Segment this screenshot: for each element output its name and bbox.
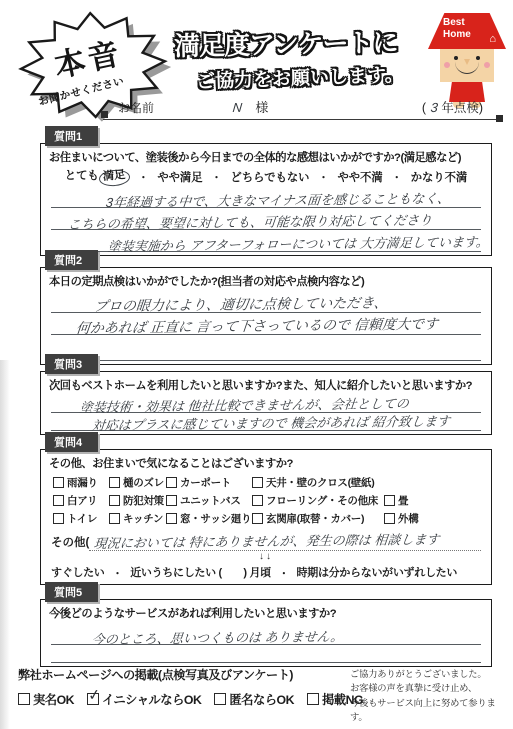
question-4-section: 質問4 その他、お住まいで気になることはございますか? 雨漏り 樋のズレ カーポ… [40,432,492,585]
checkbox-security[interactable]: 防犯対策 [109,493,166,508]
eye-icon [454,56,458,60]
inspection-year-value[interactable]: 3 [430,100,439,115]
house-icon: ⌂ [489,33,496,45]
option-neutral[interactable]: どちらでもない [231,169,310,185]
checkbox-icon[interactable] [109,513,120,524]
checkbox-icon[interactable] [53,477,64,488]
question-5-section: 質問5 今後どのようなサービスがあれば利用したいと思いますか? 今のところ、思い… [40,582,492,667]
checkbox-flooring[interactable]: フローリング・その他床 [252,493,384,508]
checkbox-icon[interactable] [109,495,120,506]
name-value[interactable]: N [232,100,243,115]
thanks-line: 今後もサービス向上に努めて参ります。 [350,696,500,725]
title-line-2: ご協力をお願いします。 [196,59,425,94]
answer-line[interactable]: 塗装実施から アフターフォローについては 大方満足しています。 [51,230,481,252]
publication-options: ✓ 実名OK ✓ イニシャルならOK ✓ 匿名ならOK ✓ 掲載NG [18,690,350,708]
question-5-box: 今後どのようなサービスがあれば利用したいと思いますか? 今のところ、思いつくもの… [40,599,492,667]
answer-line[interactable]: こちらの希望、要望に対しても、可能な限り対応してくださり [51,208,481,230]
honorific-label: 様 [255,97,268,116]
answer-line[interactable]: 3年経過する中で、大きなマイナス面を感じることもなく、 [51,186,481,208]
checkbox-unit-bath[interactable]: ユニットバス [166,493,252,508]
eye-icon [476,56,480,60]
timing-options: すぐしたい ・ 近いうちにしたい ( ) 月頃 ・ 時期は分からないがいずれした… [49,563,483,581]
publication-consent-title: 弊社ホームページへの掲載(点検写真及びアンケート) [18,666,350,683]
option-separator: ・ [392,169,402,184]
cheek-icon [444,62,450,68]
checkbox-row-3: トイレ キッチン 窓・サッシ廻り 玄関扉(取替・カバー) 外構 [49,509,483,527]
checkbox-icon[interactable]: ✓ [307,693,319,705]
checkbox-window-sash[interactable]: 窓・サッシ廻り [166,511,252,526]
checkbox-icon[interactable]: ✓ [87,693,99,705]
other-label: その他( [51,534,89,551]
answer-line[interactable]: 対応はプラスに感じていますので 機会があれば 紹介致します [51,413,481,431]
checkbox-exterior[interactable]: 外構 [384,511,483,526]
checkbox-icon[interactable] [384,513,395,524]
checkbox-icon[interactable] [53,495,64,506]
question-4-tab: 質問4 [45,432,98,452]
option-somewhat-dissatisfied[interactable]: やや不満 [337,169,382,185]
answer-line[interactable]: プロの眼力により、適切に点検していただき、 [51,291,481,313]
name-label: お名前 [118,99,154,116]
thanks-line: お客様の声を真摯に受け止め、 [350,681,500,695]
checkbox-anonymous-ok[interactable]: ✓ 匿名ならOK [214,690,294,708]
option-separator: ・ [318,169,328,184]
handwritten-answer: 現況においては 特にありませんが、発生の際は 相談します [93,529,440,552]
checkbox-row-2: 白アリ 防犯対策 ユニットバス フローリング・その他床 畳 [49,491,483,509]
thanks-message: ご協力ありがとうございました。 お客様の声を真摯に受け止め、 今後もサービス向上… [350,666,500,725]
checkbox-entrance-door[interactable]: 玄関扉(取替・カバー) [252,511,384,526]
question-4-box: その他、お住まいで気になることはございますか? 雨漏り 樋のズレ カーポート 天… [40,449,492,585]
thanks-line: ご協力ありがとうございました。 [350,667,500,681]
scan-shadow [0,360,10,729]
question-5-tab: 質問5 [45,582,98,602]
checkbox-termite[interactable]: 白アリ [53,493,109,508]
check-icon: ✓ [87,685,101,705]
satisfaction-options: とても満足 ・ やや満足 ・ どちらでもない ・ やや不満 ・ かなり不満 [49,167,483,186]
option-separator: ・ [138,169,148,184]
title-line-1: 満足度アンケートに [174,22,425,63]
question-4-text: その他、お住まいで気になることはございますか? [49,455,483,471]
checkbox-ceiling-wall-cloth[interactable]: 天井・壁のクロス(壁紙) [252,475,384,490]
checkbox-icon[interactable]: ✓ [214,693,226,705]
option-do-eventually[interactable]: 時期は分からないがいずれしたい [297,564,458,580]
option-do-now[interactable]: すぐしたい [51,564,105,580]
checkbox-icon[interactable] [109,477,120,488]
checkbox-icon[interactable] [252,495,263,506]
smile-icon [455,62,479,74]
option-separator: ・ [113,565,123,580]
checkbox-initials-ok[interactable]: ✓ イニシャルならOK [87,690,201,708]
checkbox-real-name-ok[interactable]: ✓ 実名OK [18,690,74,708]
inspection-year-field: ( 3 年点検) [422,98,483,116]
option-separator: ・ [279,565,289,580]
option-somewhat-satisfied[interactable]: やや満足 [157,169,202,185]
option-very-satisfied[interactable]: とても満足 [65,167,130,186]
checkbox-icon[interactable] [252,477,263,488]
question-3-tab: 質問3 [45,354,98,374]
checkbox-icon[interactable] [166,477,177,488]
question-1-tab: 質問1 [45,126,98,146]
brand-line-1: Best [443,17,471,29]
question-2-box: 本日の定期点検はいかがでしたか?(担当者の対応や点検内容など) プロの眼力により… [40,267,492,365]
checkbox-row-1: 雨漏り 樋のズレ カーポート 天井・壁のクロス(壁紙) [49,473,483,491]
checkbox-icon[interactable] [252,513,263,524]
option-separator: ・ [212,169,222,184]
mascot-roof: Best Home ⌂ [428,13,506,49]
answer-line[interactable] [51,645,481,663]
brand-logo: Best Home [443,17,471,40]
question-3-section: 質問3 次回もベストホームを利用したいと思いますか?また、知人に紹介したいと思い… [40,354,492,435]
question-1-box: お住まいについて、塗装後から今日までの全体的な感想はいかがですか?(満足感など)… [40,143,492,256]
cheek-icon [484,62,490,68]
footer: 弊社ホームページへの掲載(点検写真及びアンケート) ✓ 実名OK ✓ イニシャル… [18,666,500,725]
other-answer-line[interactable]: 現況においては 特にありませんが、発生の際は 相談します [89,527,481,551]
checkbox-icon[interactable] [384,495,395,506]
checkbox-tatami[interactable]: 畳 [384,493,483,508]
checkbox-icon[interactable] [166,513,177,524]
handwritten-answer: 対応はプラスに感じていますので 機会があれば 紹介致します [91,411,451,434]
question-2-section: 質問2 本日の定期点検はいかがでしたか?(担当者の対応や点検内容など) プロの眼… [40,250,492,365]
question-5-text: 今後どのようなサービスがあれば利用したいと思いますか? [49,605,483,621]
question-1-text: お住まいについて、塗装後から今日までの全体的な感想はいかがですか?(満足感など) [49,149,483,165]
question-3-text: 次回もベストホームを利用したいと思いますか?また、知人に紹介したいと思いますか? [49,377,483,393]
selection-circle: 満足 [98,169,130,187]
checkbox-kitchen[interactable]: キッチン [109,511,166,526]
question-2-tab: 質問2 [45,250,98,270]
checkbox-icon[interactable]: ✓ [18,693,30,705]
checkbox-carport[interactable]: カーポート [166,475,252,490]
answer-line[interactable]: 何かあれば 正直に 言って下さっているので 信頼度大です [51,313,481,335]
checkbox-toilet[interactable]: トイレ [53,511,109,526]
page-title: 満足度アンケートに ご協力をお願いします。 [174,24,424,90]
option-do-soon[interactable]: 近いうちにしたい ( ) 月頃 [130,564,271,580]
question-3-box: 次回もベストホームを利用したいと思いますか?また、知人に紹介したいと思いますか?… [40,371,492,435]
survey-page: 本音 お聞かせください 満足度アンケートに ご協力をお願いします。 Best H… [0,0,513,729]
name-underline [103,119,501,120]
brand-line-2: Home [443,29,471,41]
question-2-text: 本日の定期点検はいかがでしたか?(担当者の対応や点検内容など) [49,273,483,289]
checkbox-rain-leak[interactable]: 雨漏り [53,475,109,490]
checkbox-icon[interactable] [53,513,64,524]
option-very-dissatisfied[interactable]: かなり不満 [411,169,468,185]
publication-consent: 弊社ホームページへの掲載(点検写真及びアンケート) ✓ 実名OK ✓ イニシャル… [18,666,350,725]
answer-line[interactable]: 今のところ、思いつくものは ありません。 [51,623,481,645]
other-field: その他( 現況においては 特にありませんが、発生の際は 相談します [51,527,481,551]
name-row: お名前 N 様 ( 3 年点検) [103,94,501,122]
checkbox-icon[interactable] [166,495,177,506]
down-arrows-icon: ↓↓ [49,551,483,563]
checkbox-gutter-shift[interactable]: 樋のズレ [109,475,166,490]
mascot-face [440,49,494,82]
question-1-section: 質問1 お住まいについて、塗装後から今日までの全体的な感想はいかがですか?(満足… [40,126,492,256]
